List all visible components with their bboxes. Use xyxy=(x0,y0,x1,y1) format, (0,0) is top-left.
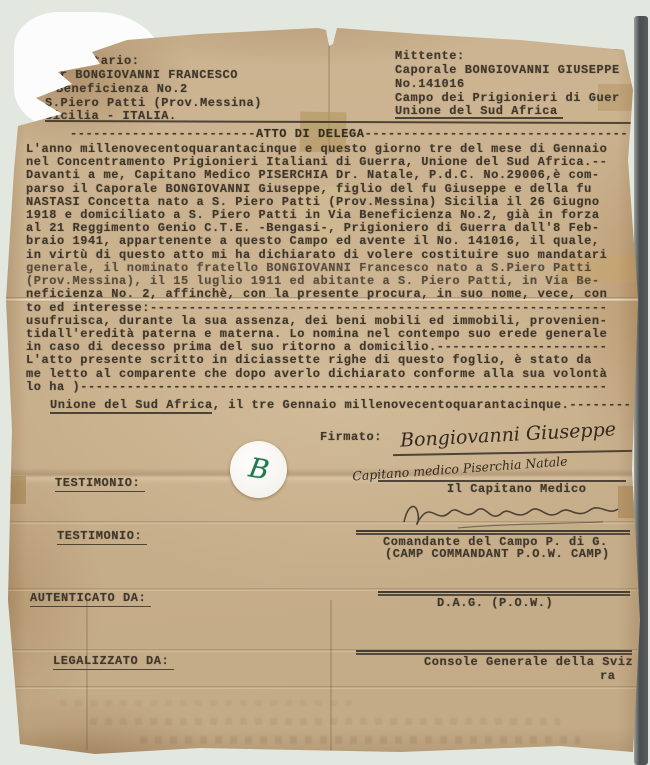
medical-officer-title: Il Capitano Medico xyxy=(447,483,587,496)
sender-underline xyxy=(395,117,563,119)
authenticated-by: D.A.G. (P.O.W.) xyxy=(437,597,553,610)
bleedthrough-text xyxy=(140,736,580,744)
sender-label: Mittente: xyxy=(395,50,465,63)
witness-label-1: TESTIMONIO: xyxy=(55,477,145,492)
body-line: L'atto presente scritto in diciassette r… xyxy=(26,354,592,367)
dateline: Unione del Sud Africa, il tre Gennaio mi… xyxy=(50,399,631,412)
heading-dashes-right: ---------------------------------- xyxy=(365,127,629,141)
commandant-signature xyxy=(398,498,623,532)
prisoner-signature-line xyxy=(393,450,632,456)
legalized-by-line1: Console Generale della Sviz xyxy=(424,656,633,669)
body-line: lo ha )---------------------------------… xyxy=(26,381,607,394)
sticker-letter: B xyxy=(246,453,271,487)
heading-dashes-left: ------------------------ xyxy=(70,127,256,141)
bleedthrough-text xyxy=(60,700,360,706)
legalized-label: LEGALIZZATO DA: xyxy=(53,655,174,670)
vertical-crease xyxy=(330,600,332,752)
document-page: tinatario: or BONGIOVANNI FRANCESCO Bene… xyxy=(0,0,650,765)
authenticated-line xyxy=(378,591,630,596)
prisoner-signature: Bongiovanni Giuseppe xyxy=(400,418,617,451)
fold-crease xyxy=(0,686,650,689)
bleedthrough-text xyxy=(90,718,560,725)
sender-name: Caporale BONGIOVANNI GIUSEPPE xyxy=(395,64,620,77)
body-line: neficienza No. 2, affinchè, con la prese… xyxy=(26,288,607,301)
vertical-crease xyxy=(86,600,88,750)
deed-title: ATTO DI DELEGA xyxy=(256,127,365,141)
sender-number: No.141016 xyxy=(395,78,465,91)
medical-officer-signature: Capitano medico Piserchia Natale xyxy=(352,453,568,483)
commandant-title-english: (CAMP COMMANDANT P.O.W. CAMP) xyxy=(385,548,610,561)
body-line: Davanti a me, Capitano Medico PISERCHIA … xyxy=(26,169,600,182)
legalized-line xyxy=(356,650,632,655)
witness-label-2: TESTIMONIO: xyxy=(57,530,147,545)
round-sticker: B xyxy=(230,441,287,498)
address-divider-line xyxy=(45,120,633,124)
recipient-name: or BONGIOVANNI FRANCESCO xyxy=(52,69,238,82)
signed-label: Firmato: xyxy=(320,431,382,444)
tape-remnant xyxy=(4,476,26,504)
legalized-by-line2: ra xyxy=(600,670,616,683)
deed-heading: ------------------------ATTO DI DELEGA--… xyxy=(70,128,628,141)
authenticated-label: AUTENTICATO DA: xyxy=(30,592,151,607)
commandant-signature-line xyxy=(356,530,630,535)
dateline-underline xyxy=(50,412,212,414)
body-line: braio 1941, appartenente a questo Campo … xyxy=(26,235,600,248)
recipient-street: Beneficienza No.2 xyxy=(56,83,188,96)
